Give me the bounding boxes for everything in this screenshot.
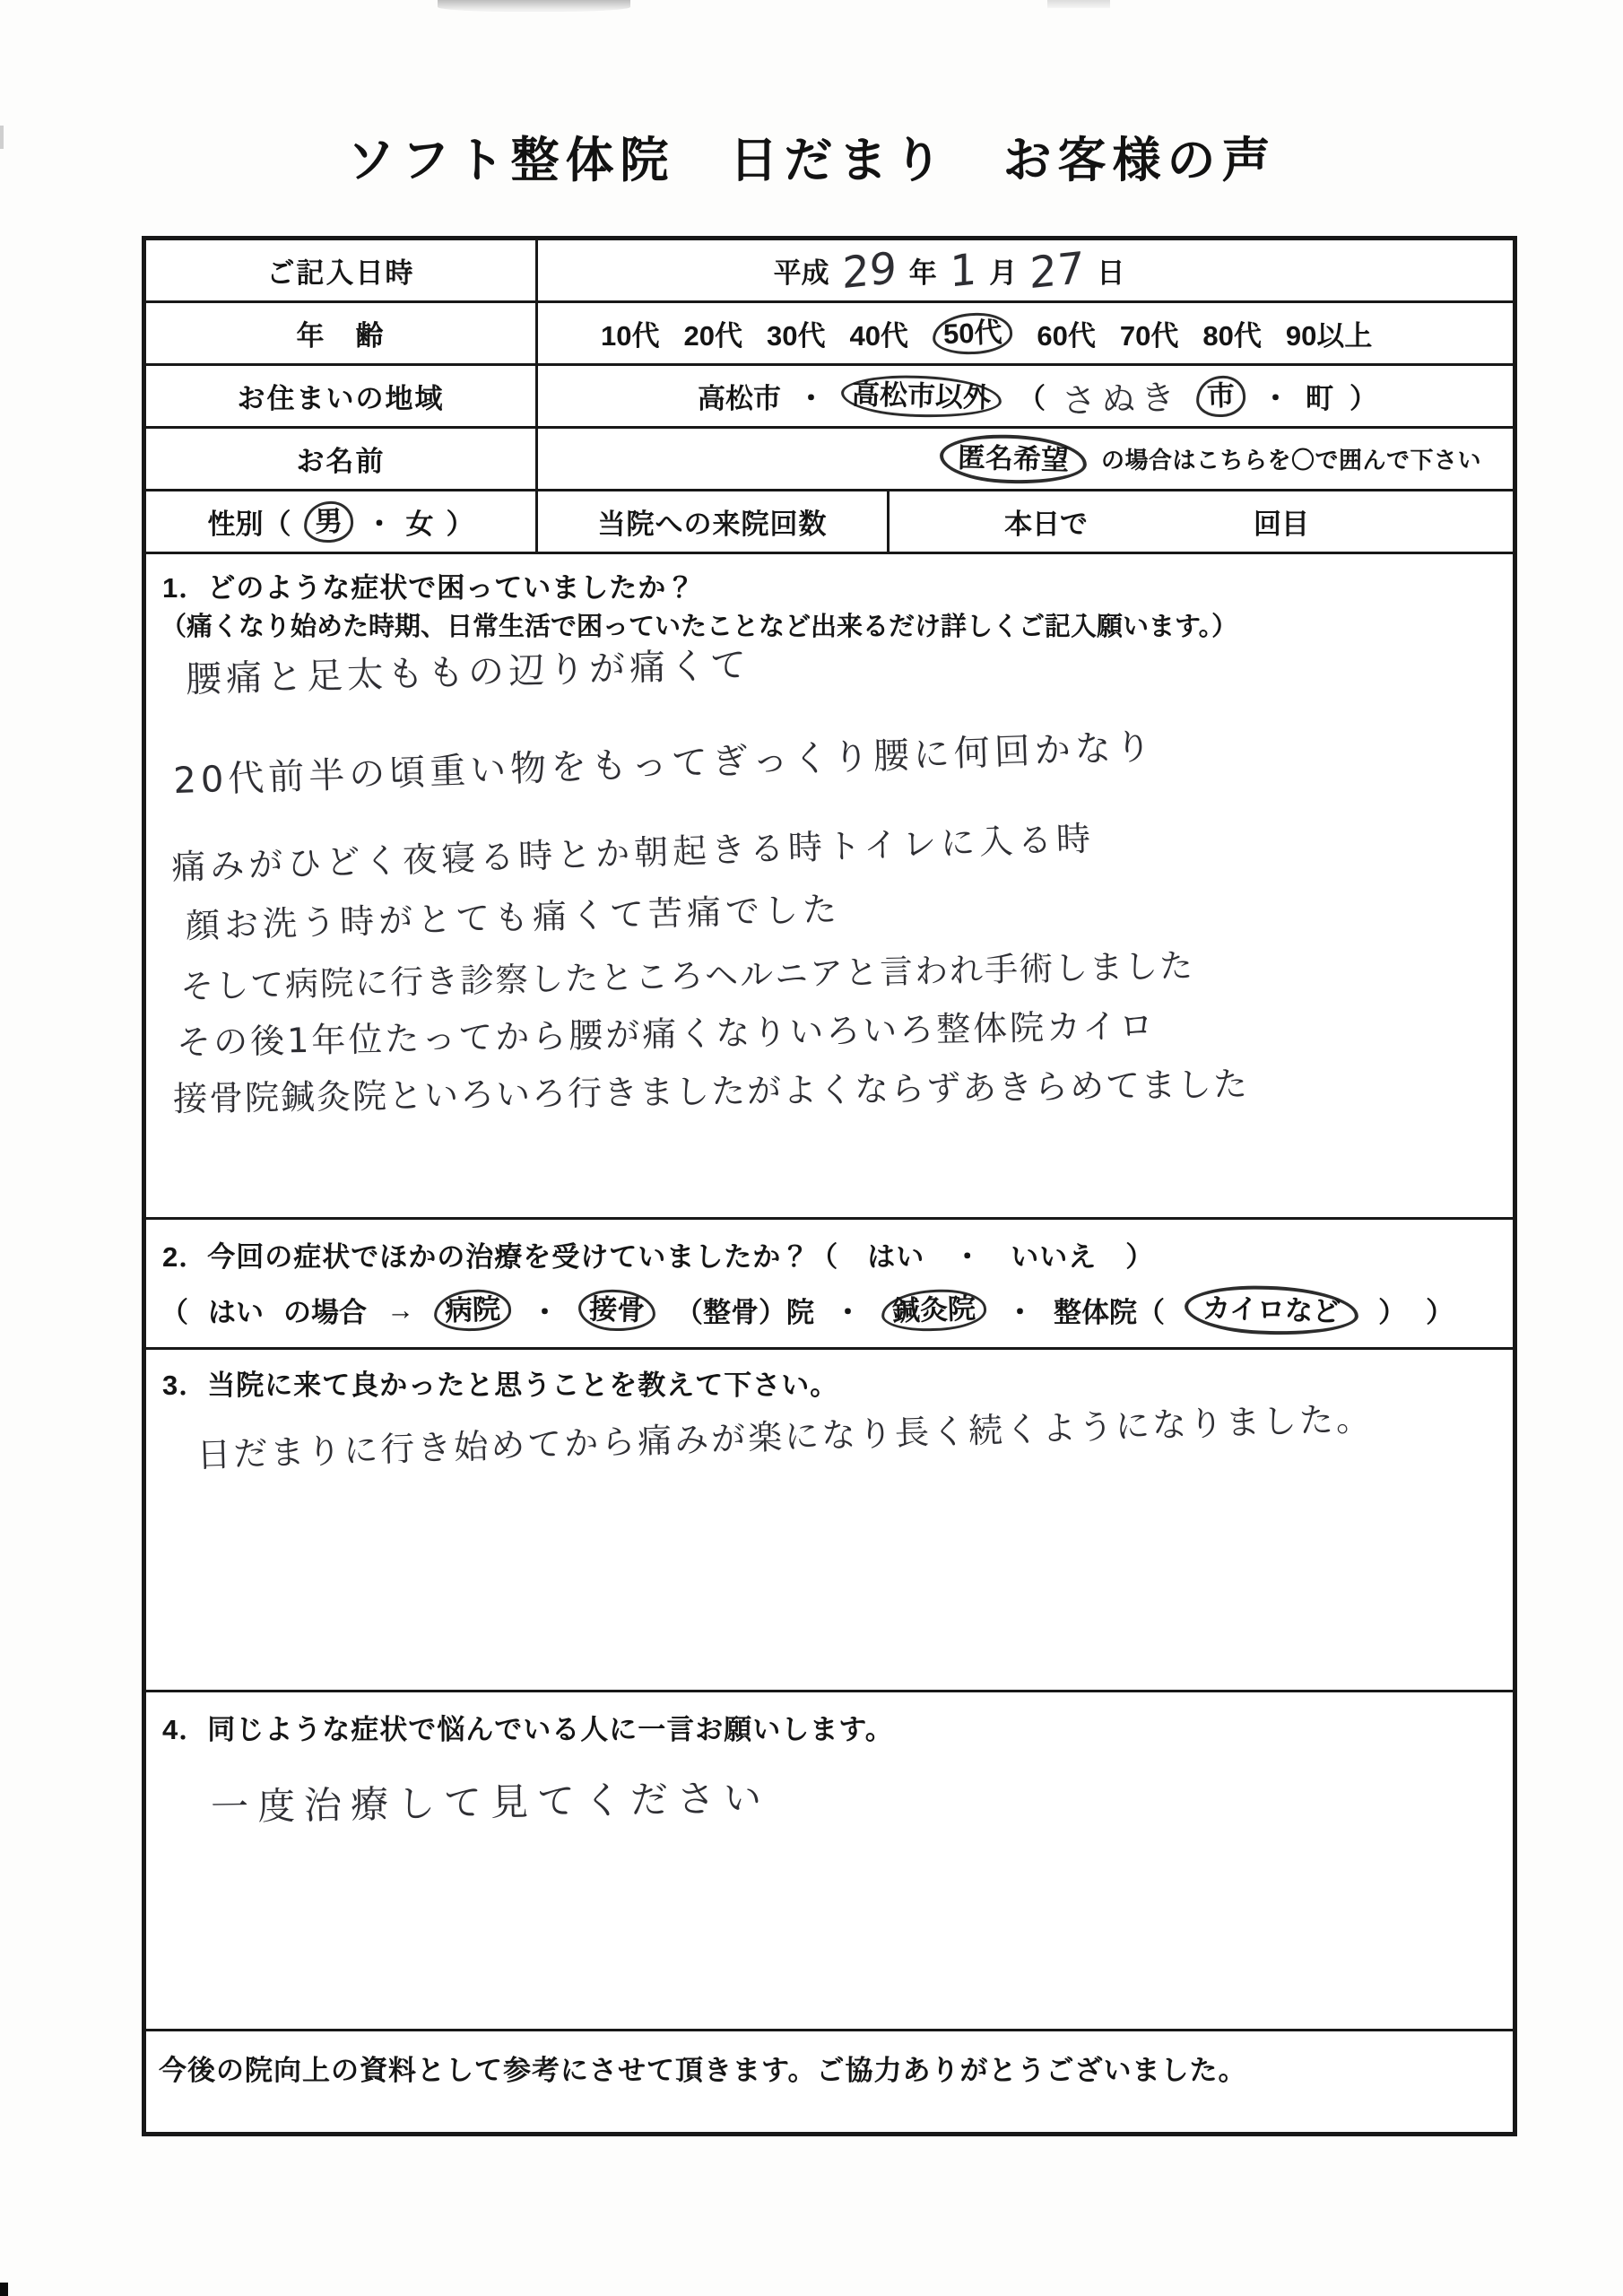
year-unit: 年 — [909, 250, 937, 291]
arrow-right-icon: → — [386, 1294, 414, 1326]
row-age: 年 齢 10代 20代 30代 40代 50代 60代 70代 80代 90以上 — [146, 303, 1513, 366]
paren-open: （ — [1018, 376, 1046, 416]
q2-acupuncture: 鍼灸院 — [891, 1292, 976, 1326]
age-option: 80代 — [1202, 313, 1261, 353]
separator-dot: ・ — [797, 376, 825, 416]
separator-dot: ・ — [531, 1290, 559, 1330]
gender-cell: 性別（ 男 ・ 女 ） — [146, 491, 538, 552]
q2-bonesetter: 接骨 — [589, 1293, 646, 1326]
row-date: ご記入日時 平成 29 年 1 月 27 日 — [146, 240, 1513, 303]
gender-female: 女 — [406, 501, 434, 542]
count-unit: 回目 — [1254, 501, 1309, 542]
scan-artifact-bottom-left — [0, 2283, 8, 2296]
q2-cond-yes: はい — [208, 1290, 264, 1330]
scan-artifact-top-smudge-2 — [1047, 0, 1110, 8]
q2-hospital: 病院 — [444, 1293, 500, 1326]
era-label: 平成 — [774, 250, 829, 291]
q2-bonesetter-suffix: （整骨）院 — [675, 1290, 814, 1330]
q2-acupuncture-circle: 鍼灸院 — [881, 1288, 987, 1333]
row-gender-visits: 性別（ 男 ・ 女 ） 当院への来院回数 本日で 回目 — [146, 491, 1513, 554]
gender-male: 男 — [314, 505, 343, 537]
q2-seitai-prefix: 整体院（ — [1054, 1290, 1165, 1330]
town-unit: 町 — [1306, 376, 1333, 416]
q2-close-outer: ） — [1426, 1290, 1454, 1330]
scan-artifact-top-smudge — [438, 0, 630, 12]
q2-heading: 2．今回の症状でほかの治療を受けていましたか？（ はい ・ いいえ ） — [162, 1234, 1154, 1274]
age-option: 40代 — [849, 313, 907, 353]
q1-answer-line: 痛みがひどく夜寝る時とか朝起きる時トイレに入る時 — [170, 811, 1095, 889]
age-label: 年 齢 — [146, 303, 538, 363]
q1-answer-line: 腰痛と足太ももの辺りが痛くて — [185, 637, 751, 702]
area-options: 高松市 ・ 高松市以外 （ さぬき 市 ・ 町 ） — [538, 366, 1513, 426]
anonymous-circle: 匿名希望 — [939, 433, 1087, 485]
q1-answer-line: 顔お洗う時がとても痛くて苦痛でした — [185, 881, 841, 947]
city-unit-circle: 市 — [1195, 375, 1246, 418]
area-option-outside: 高松市以外 — [852, 378, 992, 413]
separator-dot: ・ — [1262, 376, 1289, 416]
section-q1: 1．どのような症状で困っていましたか？ （痛くなり始めた時期、日常生活で困ってい… — [146, 554, 1513, 1220]
anonymous-option: 匿名希望 — [958, 441, 1070, 475]
q2-hospital-circle: 病院 — [433, 1289, 512, 1333]
separator-dot: ・ — [366, 501, 394, 542]
q3-heading: 3．当院に来て良かったと思うことを教えて下さい。 — [162, 1362, 838, 1403]
section-footer: 今後の院向上の資料として参考にさせて頂きます。ご協力ありがとうございました。 — [146, 2031, 1513, 2132]
q1-heading: 1．どのような症状で困っていましたか？ — [162, 565, 695, 605]
row-area: お住まいの地域 高松市 ・ 高松市以外 （ さぬき 市 ・ 町 ） — [146, 366, 1513, 429]
age-option: 10代 — [601, 313, 659, 353]
visit-count-cell: 本日で 回目 — [890, 491, 1513, 552]
row-name: お名前 匿名希望 の場合はこちらを〇で囲んで下さい — [146, 429, 1513, 491]
date-label: ご記入日時 — [146, 240, 538, 300]
q3-answer: 日だまりに行き始めてから痛みが楽になり長く続くようになりました。 — [195, 1390, 1373, 1476]
q2-chiro: カイロなど — [1202, 1292, 1341, 1327]
visits-label: 当院への来院回数 — [538, 491, 890, 552]
q2-options-line: （ はい の場合 → 病院 ・ 接骨 （整骨）院 ・ 鍼灸院 ・ 整体院（ カイ… — [161, 1286, 1454, 1335]
separator-dot: ・ — [834, 1290, 862, 1330]
handwritten-month: 1 — [950, 244, 976, 298]
handwritten-year: 29 — [842, 242, 897, 299]
date-value-cell: 平成 29 年 1 月 27 日 — [538, 240, 1513, 300]
day-unit: 日 — [1097, 250, 1124, 291]
gender-label-close: ） — [447, 501, 474, 542]
area-outside-circle: 高松市以外 — [840, 373, 1002, 418]
q2-bonesetter-circle: 接骨 — [577, 1289, 655, 1332]
paren-close: ） — [1350, 376, 1377, 416]
form-table: ご記入日時 平成 29 年 1 月 27 日 年 齢 10代 20代 30代 4… — [142, 236, 1517, 2136]
gender-label-open: 性別（ — [208, 501, 291, 542]
q2-chiro-circle: カイロなど — [1184, 1283, 1358, 1336]
q1-answer-line: その後1年位たってから腰が痛くなりいろいろ整体院カイロ — [177, 997, 1157, 1064]
area-label: お住まいの地域 — [146, 366, 538, 426]
today-prefix: 本日で — [1004, 501, 1088, 542]
q4-heading: 4．同じような症状で悩んでいる人に一言お願いします。 — [162, 1707, 894, 1747]
q1-answer-line: 接骨院鍼灸院といろいろ行きましたがよくならずあきらめてました — [173, 1057, 1250, 1121]
age-option: 30代 — [767, 313, 825, 353]
name-label: お名前 — [146, 429, 538, 489]
scanned-feedback-form: ソフト整体院 日だまり お客様の声 ご記入日時 平成 29 年 1 月 27 日… — [0, 0, 1623, 2296]
footer-text: 今後の院向上の資料として参考にさせて頂きます。ご協力ありがとうございました。 — [159, 2048, 1500, 2088]
section-q2: 2．今回の症状でほかの治療を受けていましたか？（ はい ・ いいえ ） （ はい… — [146, 1220, 1513, 1350]
age-option: 70代 — [1120, 313, 1178, 353]
anonymous-note: の場合はこちらを〇で囲んで下さい — [1101, 442, 1481, 475]
handwritten-day: 27 — [1029, 242, 1084, 299]
age-option: 20代 — [683, 313, 742, 353]
age-options: 10代 20代 30代 40代 50代 60代 70代 80代 90以上 — [538, 303, 1513, 363]
q2-cond-case: の場合 — [283, 1290, 367, 1330]
name-value-cell: 匿名希望 の場合はこちらを〇で囲んで下さい — [538, 429, 1513, 489]
age-option: 90以上 — [1286, 313, 1372, 353]
city-unit: 市 — [1206, 379, 1235, 412]
q2-close-inner: ） — [1378, 1290, 1406, 1330]
q2-cond-open: （ — [161, 1290, 188, 1330]
age-option-selected: 50代 — [942, 317, 1002, 350]
gender-male-circle: 男 — [303, 500, 354, 544]
age-selected-circle: 50代 — [932, 311, 1013, 355]
q4-answer: 一度治療して見てください — [211, 1769, 771, 1832]
section-q3: 3．当院に来て良かったと思うことを教えて下さい。 日だまりに行き始めてから痛みが… — [146, 1350, 1513, 1692]
area-option-city: 高松市 — [698, 376, 781, 416]
page-title: ソフト整体院 日だまり お客様の声 — [0, 122, 1623, 191]
section-q4: 4．同じような症状で悩んでいる人に一言お願いします。 一度治療して見てください — [146, 1692, 1513, 2031]
handwritten-area-name: さぬき — [1061, 370, 1181, 423]
q1-answer-line: そして病院に行き診察したところヘルニアと言われ手術しました — [180, 938, 1195, 1008]
month-unit: 月 — [989, 250, 1017, 291]
age-option: 60代 — [1037, 313, 1095, 353]
q1-answer-line: 20代前半の頃重い物をもってぎっくり腰に何回かなり — [172, 718, 1156, 804]
separator-dot: ・ — [1006, 1290, 1034, 1330]
